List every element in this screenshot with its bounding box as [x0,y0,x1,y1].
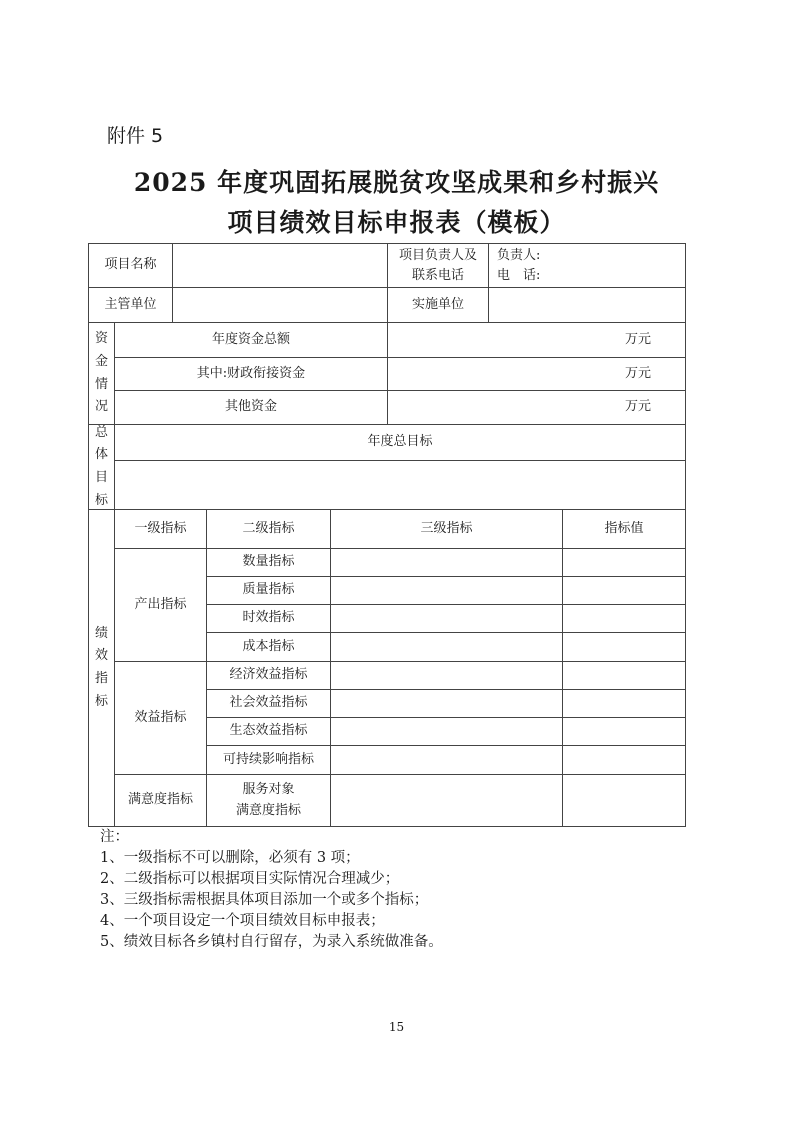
level2-social: 社会效益指标 [206,689,331,718]
goal-char: 体 [95,444,108,467]
perf-char: 绩 [95,623,108,646]
page-title-line2: 项目绩效目标申报表（模板） [0,203,793,239]
level2-cost: 成本指标 [206,632,331,662]
level3-field[interactable] [330,604,563,633]
level2-timeliness: 时效指标 [206,604,331,633]
funding-char: 况 [95,396,108,419]
supervisor-field[interactable] [172,287,388,323]
contact-label-line1: 项目负责人及 [399,246,477,266]
funding-total-field[interactable]: 万元 [387,322,686,358]
note-item: 4、一个项目设定一个项目绩效目标申报表； [100,911,443,932]
level3-field[interactable] [330,632,563,662]
level1-satisfaction: 满意度指标 [114,774,207,827]
goal-char: 总 [95,422,108,445]
level2-sustainability: 可持续影响指标 [206,745,331,775]
funding-other-label: 其他资金 [114,390,388,425]
implementer-field[interactable] [488,287,686,323]
header-level3: 三级指标 [330,509,563,549]
note-item: 5、绩效目标各乡镇村自行留存，为录入系统做准备。 [100,932,443,953]
value-field[interactable] [562,717,686,746]
funding-total-label: 年度资金总额 [114,322,388,358]
annual-goal-field[interactable] [114,460,686,510]
note-item: 3、三级指标需根据具体项目添加一个或多个指标； [100,890,443,911]
funding-char: 资 [95,328,108,351]
value-field[interactable] [562,745,686,775]
unit-label: 万元 [625,364,651,385]
value-field[interactable] [562,604,686,633]
notes-section: 注： 1、一级指标不可以删除，必须有 3 项； 2、二级指标可以根据项目实际情况… [100,827,443,953]
level2-service-satisfaction: 服务对象 满意度指标 [206,774,331,827]
level3-field[interactable] [330,689,563,718]
level1-output: 产出指标 [114,548,207,662]
contact-label: 项目负责人及 联系电话 [387,243,489,288]
funding-char: 金 [95,351,108,374]
perf-char: 效 [95,645,108,668]
level3-field[interactable] [330,661,563,690]
header-value: 指标值 [562,509,686,549]
note-item: 2、二级指标可以根据项目实际情况合理减少； [100,869,443,890]
supervisor-label: 主管单位 [88,287,173,323]
notes-heading: 注： [100,827,443,848]
contact-phone-label: 电 话: [497,266,540,286]
value-field[interactable] [562,774,686,827]
value-field[interactable] [562,576,686,605]
funding-fiscal-label: 其中:财政衔接资金 [114,357,388,391]
page-number: 15 [0,1020,793,1034]
contact-person-label: 负责人: [497,246,540,266]
level2-quality: 质量指标 [206,576,331,605]
project-name-field[interactable] [172,243,388,288]
value-field[interactable] [562,548,686,577]
level2-economic: 经济效益指标 [206,661,331,690]
annual-goal-header: 年度总目标 [114,424,686,461]
contact-label-line2: 联系电话 [412,266,464,286]
perf-char: 指 [95,668,108,691]
value-field[interactable] [562,661,686,690]
level2-quantity: 数量指标 [206,548,331,577]
performance-section-label: 绩 效 指 标 [88,509,115,827]
contact-field[interactable]: 负责人: 电 话: [488,243,686,288]
implementer-label: 实施单位 [387,287,489,323]
level2-satisfaction-line1: 服务对象 [242,780,294,801]
perf-char: 标 [95,691,108,714]
header-level1: 一级指标 [114,509,207,549]
level3-field[interactable] [330,717,563,746]
funding-other-field[interactable]: 万元 [387,390,686,425]
value-field[interactable] [562,632,686,662]
attachment-label: 附件 5 [107,121,163,148]
page-title-line1: 2025 年度巩固拓展脱贫攻坚成果和乡村振兴 [0,163,793,199]
level2-satisfaction-line2: 满意度指标 [236,801,301,822]
note-item: 1、一级指标不可以删除，必须有 3 项； [100,848,443,869]
funding-char: 情 [95,374,108,397]
funding-fiscal-field[interactable]: 万元 [387,357,686,391]
project-name-label: 项目名称 [88,243,173,288]
level3-field[interactable] [330,548,563,577]
level3-field[interactable] [330,774,563,827]
level3-field[interactable] [330,745,563,775]
level3-field[interactable] [330,576,563,605]
level1-benefit: 效益指标 [114,661,207,775]
level2-ecological: 生态效益指标 [206,717,331,746]
funding-section-label: 资 金 情 况 [88,322,115,425]
unit-label: 万元 [625,330,651,351]
value-field[interactable] [562,689,686,718]
unit-label: 万元 [625,397,651,418]
header-level2: 二级指标 [206,509,331,549]
overall-goal-section-label: 总 体 目 标 [88,424,115,510]
goal-char: 目 [95,467,108,490]
